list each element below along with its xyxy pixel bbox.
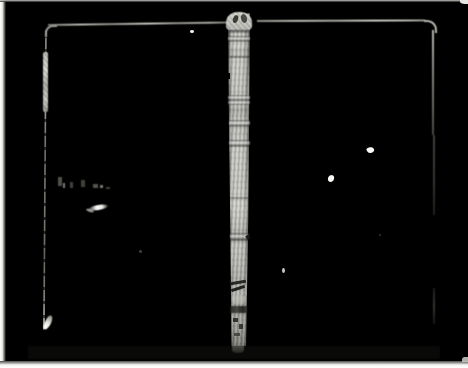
- spine-left-notch: [226, 73, 230, 79]
- spine-neck-shadow: [229, 30, 249, 33]
- spine-foot-speck-2: [239, 324, 243, 329]
- left-cover-top-edge: [48, 21, 228, 26]
- photo-edge-top: [0, 0, 468, 2]
- photo-edge-left: [0, 0, 6, 368]
- spine-tail: [232, 345, 244, 353]
- spine-foot-bright-patch: [232, 295, 245, 304]
- right-cover-right-edge-lower: [433, 288, 435, 324]
- spine-band-nick: [245, 234, 250, 239]
- glint-right-lower: [327, 174, 334, 182]
- spine-foot-dark-band: [230, 306, 247, 313]
- right-cover-right-edge-mid: [433, 135, 435, 215]
- smudge-row-1: [58, 177, 62, 186]
- smudge-row-5: [93, 184, 98, 188]
- spine-crease-1: [229, 56, 250, 58]
- photo-edge-bottom: [0, 361, 468, 368]
- book-photograph: [0, 0, 468, 368]
- spine-raised-band-2: [228, 95, 250, 105]
- spine-raised-band-4: [229, 140, 250, 147]
- dust-dot-top-left: [190, 30, 194, 33]
- right-cover-right-edge-upper: [432, 30, 434, 135]
- speck-center-bottom: [282, 268, 285, 273]
- glint-right-upper: [366, 146, 375, 155]
- smudge-row-6: [100, 185, 103, 188]
- spine-raised-band-3: [229, 120, 250, 127]
- smudge-row-3: [70, 182, 73, 188]
- right-cover-top-edge: [257, 19, 425, 22]
- right-cover-corner-curve: [424, 20, 437, 33]
- spine-crease-2: [230, 197, 249, 199]
- photo-corner-top-right: [460, 0, 468, 4]
- smudge-row-2: [63, 183, 65, 188]
- smudge-row-7: [106, 187, 110, 189]
- faint-dot-left: [139, 250, 142, 253]
- spine-foot-speck-3: [234, 333, 240, 336]
- smudge-row-4: [81, 180, 85, 187]
- left-cover-left-edge-bright-patch: [43, 52, 48, 112]
- faint-dot-right: [379, 234, 381, 236]
- spine-raised-band-1: [228, 36, 250, 42]
- spine-foot-speck-1: [233, 318, 238, 322]
- photo-corner-bottom-right: [462, 357, 468, 362]
- spine-head-cap: [226, 12, 252, 31]
